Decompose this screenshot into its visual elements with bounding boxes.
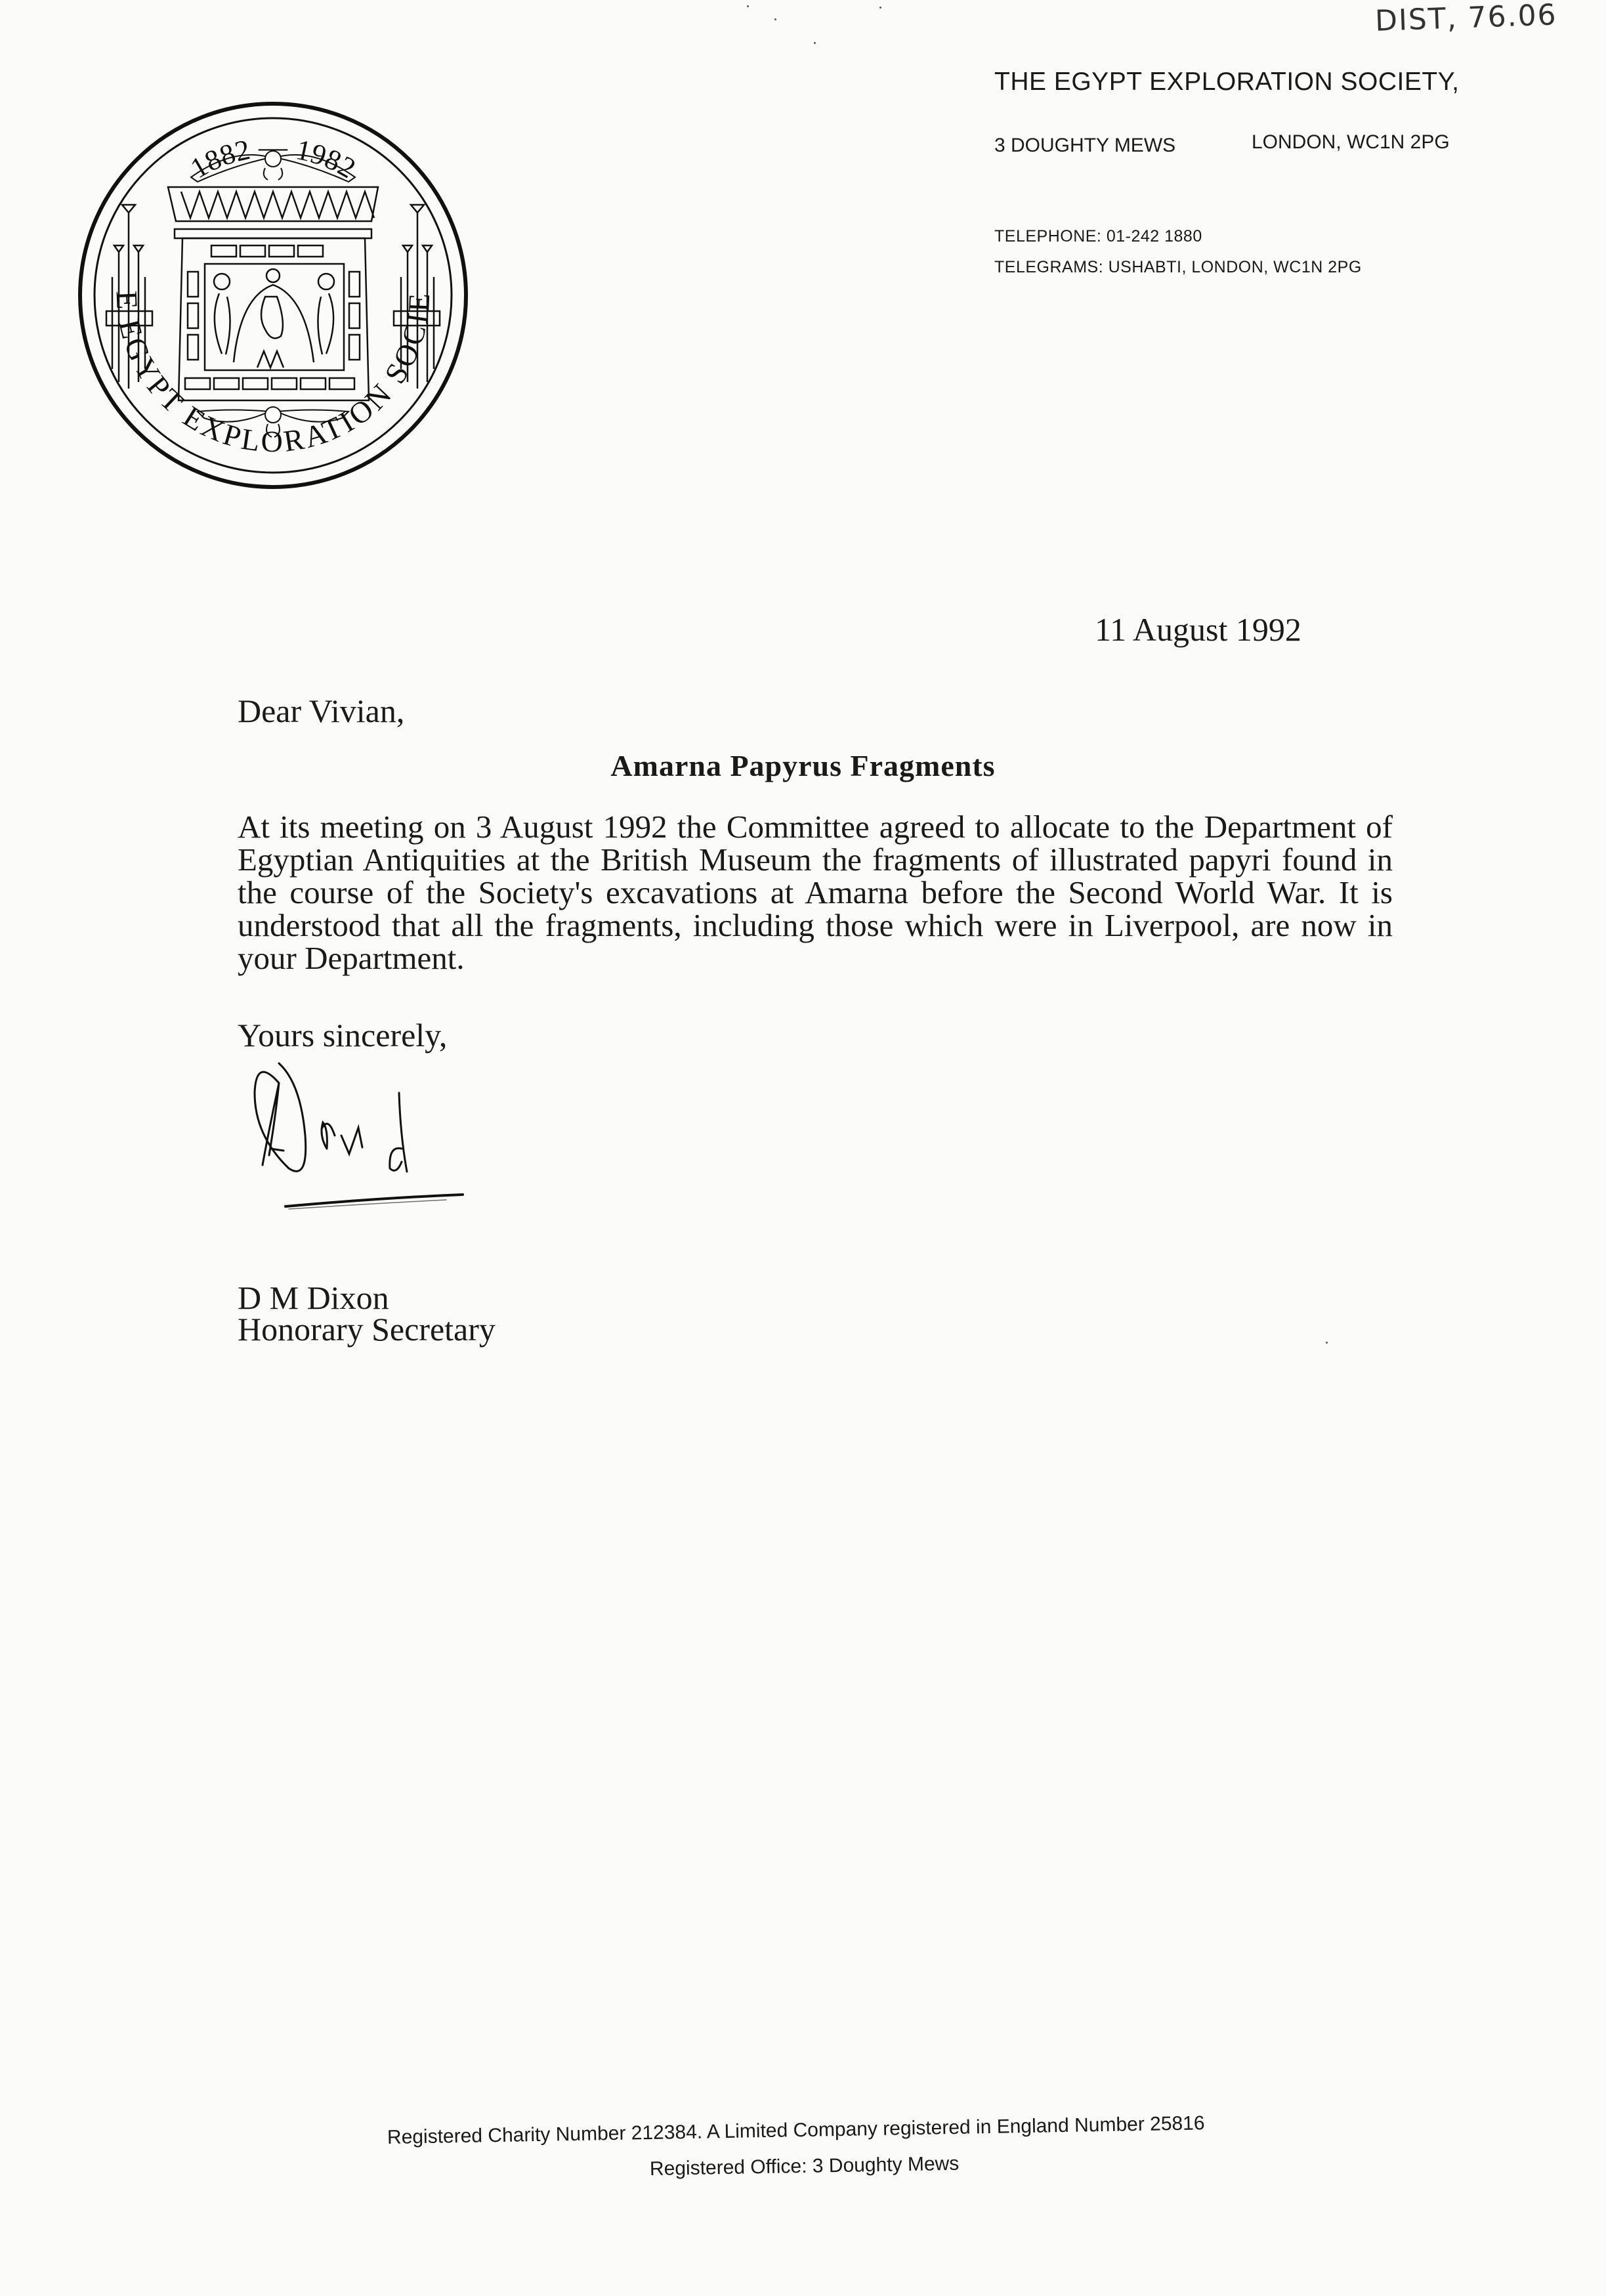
salutation: Dear Vivian, [238, 692, 404, 730]
footer-office-line: Registered Office: 3 Doughty Mews [650, 2153, 960, 2180]
telegram-address: TELEGRAMS: USHABTI, LONDON, WC1N 2PG [994, 258, 1362, 277]
scan-speck [1326, 1342, 1328, 1344]
letter-body-paragraph: At its meeting on 3 August 1992 the Comm… [238, 811, 1393, 975]
letter-date: 11 August 1992 [1095, 610, 1301, 648]
scan-speck [774, 18, 776, 20]
organization-name: THE EGYPT EXPLORATION SOCIETY, [994, 68, 1460, 96]
scan-speck [747, 5, 749, 7]
society-seal-logo: 1882 — 1982 THE EGYPT EXPLORATION SOCIET… [76, 100, 470, 491]
handwritten-archive-reference: DIST, 76.06 [1374, 0, 1557, 38]
closing: Yours sincerely, [238, 1016, 447, 1054]
scan-speck [814, 42, 816, 44]
handwritten-signature [249, 1057, 538, 1214]
letter-subject: Amarna Papyrus Fragments [0, 748, 1606, 783]
address-street: 3 DOUGHTY MEWS [994, 135, 1175, 157]
telephone-number: TELEPHONE: 01-242 1880 [994, 227, 1202, 246]
scan-speck [879, 7, 881, 9]
signer-title: Honorary Secretary [238, 1310, 496, 1348]
address-city: LONDON, WC1N 2PG [1252, 131, 1450, 154]
footer-registration-line: Registered Charity Number 212384. A Limi… [387, 2112, 1205, 2149]
